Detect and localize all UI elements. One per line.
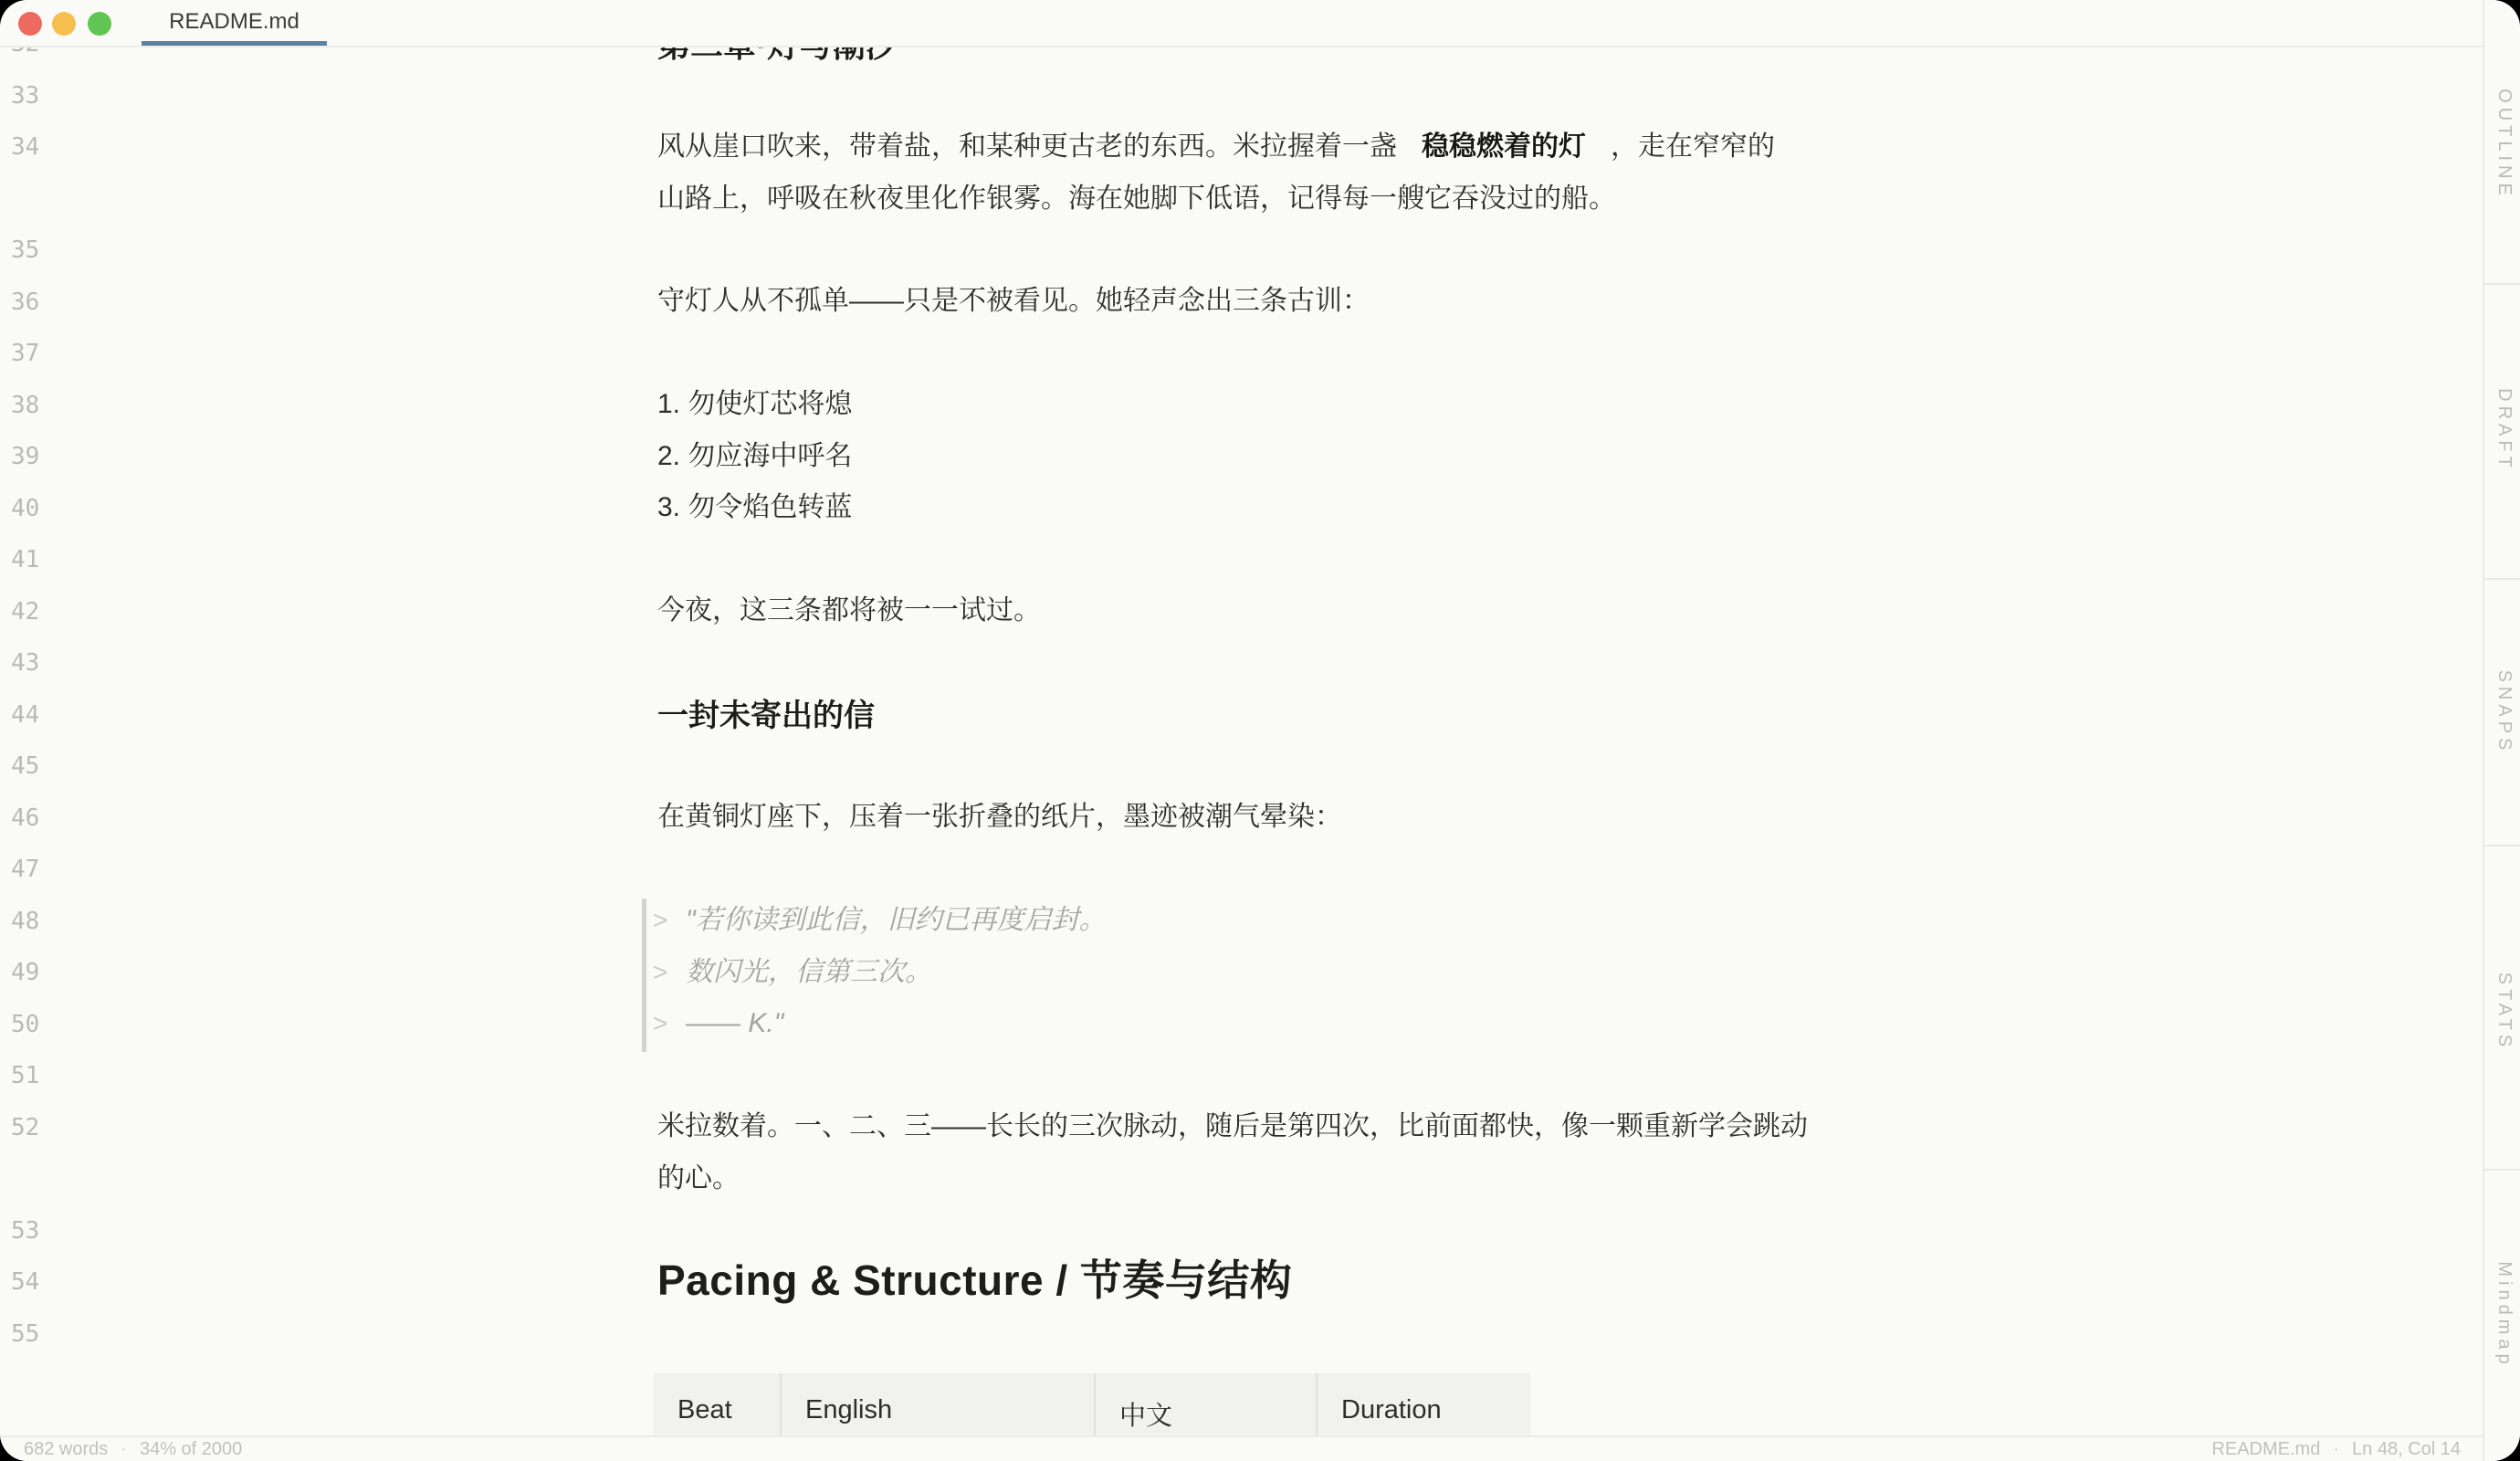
line-number: 33 bbox=[11, 78, 66, 114]
sidebar-divider bbox=[2484, 283, 2520, 285]
sidebar-tab-outline[interactable]: OUTLINE bbox=[2494, 89, 2515, 200]
active-tab-underline bbox=[142, 41, 327, 46]
ordered-list: 1. 勿使灯芯将熄 2. 勿应海中呼名 3. 勿令焰色转蓝 bbox=[657, 379, 1904, 534]
list-item: 2. 勿应海中呼名 bbox=[657, 431, 1904, 483]
line-number: 34 bbox=[11, 129, 66, 165]
paragraph-wind: 风从崖口吹来，带着盐，和某种更古老的东西。米拉握着一盏稳稳燃着的灯，走在窄窄的 … bbox=[657, 121, 1904, 225]
tab-readme[interactable]: README.md bbox=[142, 0, 327, 44]
line-number: 50 bbox=[11, 1006, 66, 1043]
file-name: README.md bbox=[2211, 1439, 2320, 1460]
paragraph-text: 米拉数着。一、二、三——长长的三次脉动，随后是第四次，比前面都快，像一颗重新学会… bbox=[657, 1101, 1904, 1153]
tab-label: README.md bbox=[169, 9, 299, 35]
paragraph-tonight: 今夜，这三条都将被一一试过。 bbox=[657, 585, 1904, 637]
line-number: 39 bbox=[11, 438, 66, 475]
tab-bar: README.md bbox=[0, 0, 2483, 47]
sidebar-tab-draft[interactable]: DRAFT bbox=[2494, 388, 2515, 472]
quote-marker: > bbox=[653, 998, 675, 1050]
line-number: 48 bbox=[11, 903, 66, 940]
zoom-button[interactable] bbox=[88, 12, 111, 36]
sidebar-divider bbox=[2484, 1169, 2520, 1171]
line-number: 49 bbox=[11, 954, 66, 991]
sidebar-tab-mindmap[interactable]: Mindmap bbox=[2494, 1261, 2515, 1368]
right-sidebar: OUTLINE DRAFT SNAPS STATS Mindmap bbox=[2483, 0, 2520, 1461]
line-number: 51 bbox=[11, 1057, 66, 1094]
status-separator: · bbox=[121, 1439, 127, 1460]
bold-emphasis: 稳稳燃着的灯 bbox=[1422, 131, 1586, 162]
cursor-info-group: README.md · Ln 48, Col 14 bbox=[2211, 1437, 2461, 1461]
line-number: 38 bbox=[11, 387, 66, 424]
quote-line: "若你读到此信，旧约已再度启封。 bbox=[686, 895, 1107, 947]
status-separator: · bbox=[2333, 1439, 2339, 1460]
line-number: 46 bbox=[11, 800, 66, 836]
line-number: 45 bbox=[11, 748, 66, 784]
paragraph-counting: 米拉数着。一、二、三——长长的三次脉动，随后是第四次，比前面都快，像一颗重新学会… bbox=[657, 1101, 1904, 1204]
minimize-button[interactable] bbox=[52, 12, 76, 36]
line-number: 52 bbox=[11, 1109, 66, 1146]
cursor-position: Ln 48, Col 14 bbox=[2352, 1439, 2461, 1460]
quote-marker: > bbox=[653, 947, 675, 999]
line-number: 53 bbox=[11, 1213, 66, 1249]
word-count-group: 682 words · 34% of 2000 bbox=[24, 1437, 242, 1461]
paragraph-keeper: 守灯人从不孤单——只是不被看见。她轻声念出三条古训： bbox=[657, 276, 1904, 328]
pacing-heading: Pacing & Structure / 节奏与结构 bbox=[657, 1253, 1904, 1308]
status-bar: 682 words · 34% of 2000 README.md · Ln 4… bbox=[0, 1435, 2483, 1461]
line-number: 43 bbox=[11, 645, 66, 681]
quote-marker: > bbox=[653, 895, 675, 947]
line-number: 42 bbox=[11, 594, 66, 630]
progress-target: 34% of 2000 bbox=[140, 1439, 242, 1460]
list-item: 1. 勿使灯芯将熄 bbox=[657, 379, 1904, 431]
app-window: 32 33 34 35 36 37 38 39 40 41 42 43 44 4… bbox=[0, 0, 2520, 1461]
paragraph-text: 的心。 bbox=[657, 1153, 1904, 1205]
close-button[interactable] bbox=[18, 12, 42, 36]
blockquote: > "若你读到此信，旧约已再度启封。 > 数闪光，信第三次。 > —— K." bbox=[653, 895, 1840, 1050]
line-number: 35 bbox=[11, 232, 66, 268]
letter-heading: 一封未寄出的信 bbox=[657, 692, 1904, 740]
paragraph-text: ，走在窄窄的 bbox=[1611, 131, 1775, 162]
sidebar-divider bbox=[2484, 578, 2520, 580]
word-count: 682 words bbox=[24, 1439, 108, 1460]
line-number: 41 bbox=[11, 541, 66, 578]
line-number: 54 bbox=[11, 1264, 66, 1300]
list-item: 3. 勿令焰色转蓝 bbox=[657, 482, 1904, 534]
quote-line: —— K." bbox=[686, 998, 783, 1050]
sidebar-divider bbox=[2484, 845, 2520, 846]
line-number: 47 bbox=[11, 851, 66, 888]
line-number: 40 bbox=[11, 490, 66, 527]
line-number: 55 bbox=[11, 1316, 66, 1352]
line-number: 36 bbox=[11, 284, 66, 321]
line-number: 37 bbox=[11, 335, 66, 372]
markdown-editor[interactable]: 32 33 34 35 36 37 38 39 40 41 42 43 44 4… bbox=[0, 0, 2520, 1461]
paragraph-text: 山路上，呼吸在秋夜里化作银雾。海在她脚下低语，记得每一艘它吞没过的船。 bbox=[657, 173, 1904, 226]
paragraph-text: 风从崖口吹来，带着盐，和某种更古老的东西。米拉握着一盏 bbox=[657, 131, 1397, 162]
sidebar-tab-snaps[interactable]: SNAPS bbox=[2494, 670, 2515, 755]
line-number: 44 bbox=[11, 697, 66, 733]
paragraph-lamp: 在黄铜灯座下，压着一张折叠的纸片，墨迹被潮气晕染： bbox=[657, 792, 1904, 844]
blockquote-border bbox=[642, 899, 646, 1052]
quote-line: 数闪光，信第三次。 bbox=[686, 947, 932, 999]
sidebar-tab-stats[interactable]: STATS bbox=[2494, 972, 2515, 1051]
